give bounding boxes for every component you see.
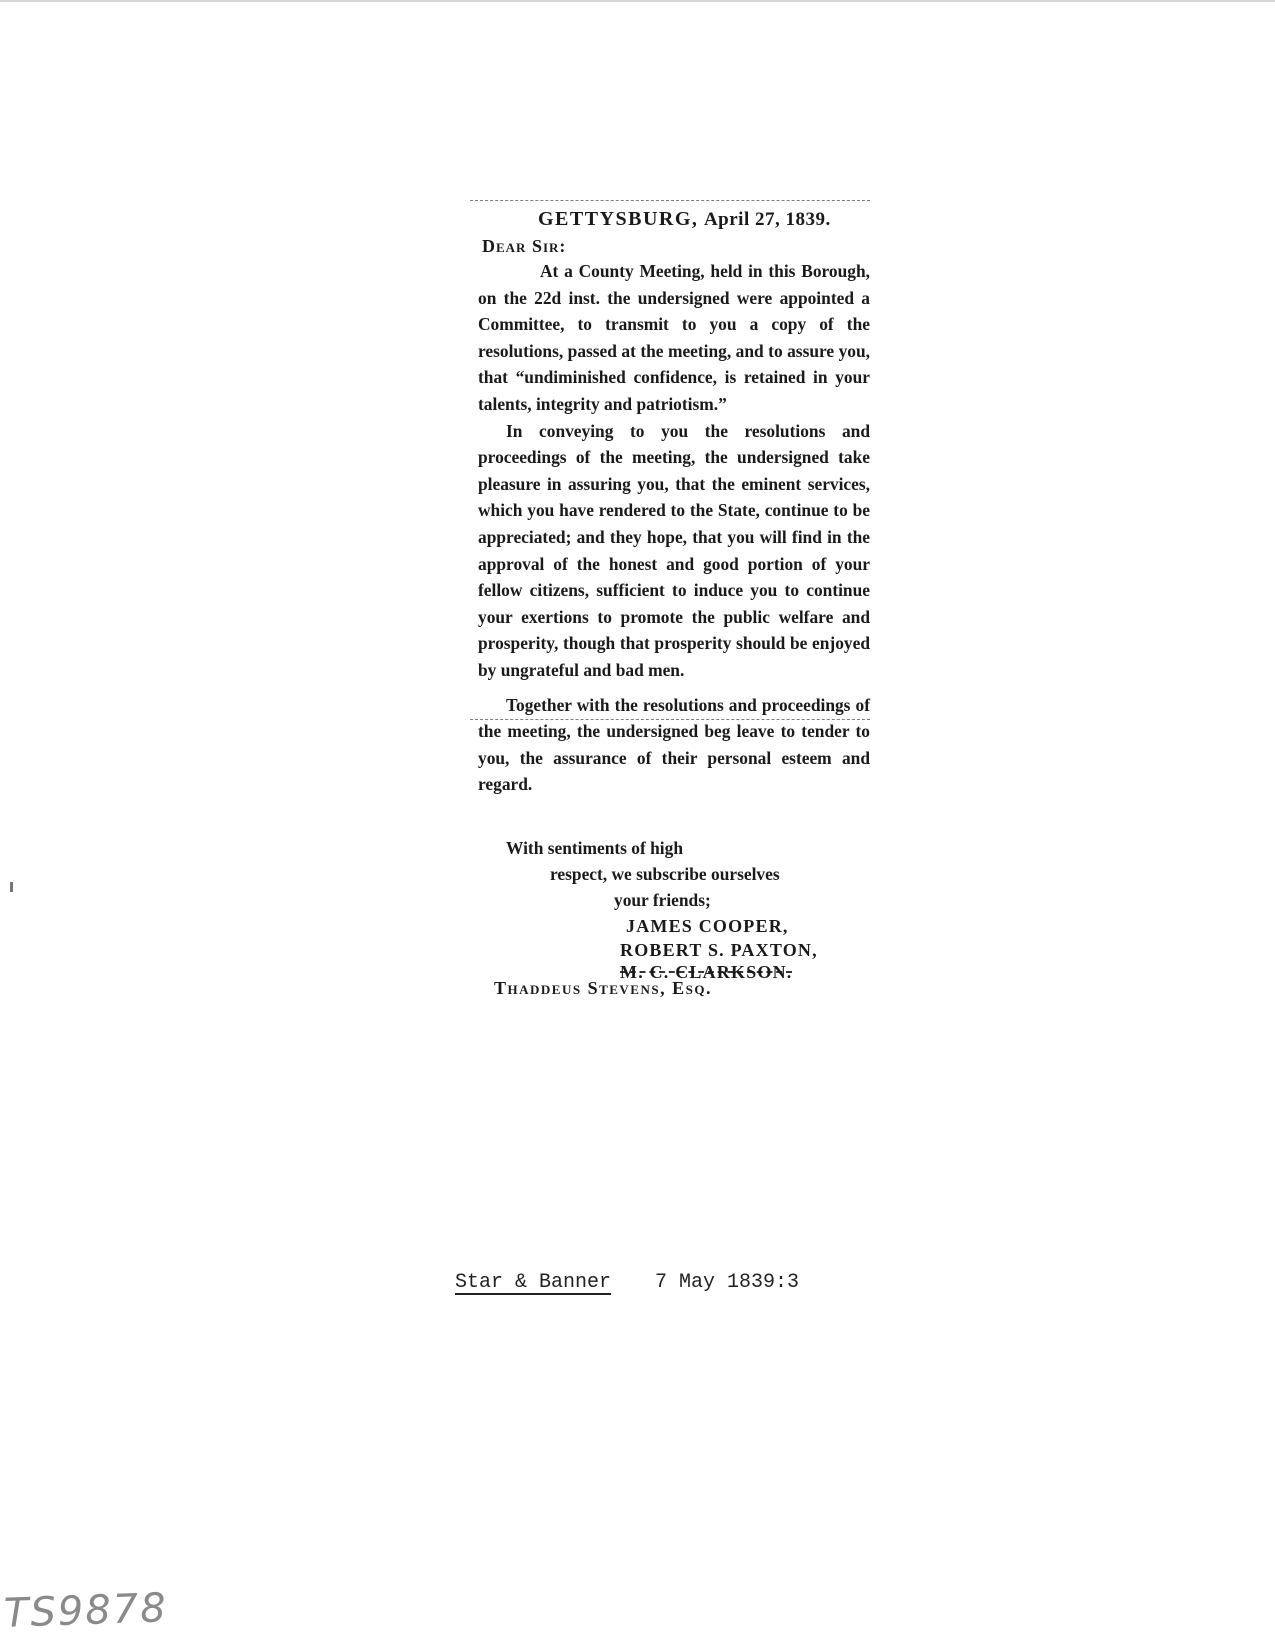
paragraph-1: At a County Meeting, held in this Boroug… bbox=[478, 258, 870, 418]
page-edge bbox=[0, 0, 1275, 2]
newspaper-clipping: GETTYSBURG, April 27, 1839. Dear Sir: At… bbox=[470, 196, 880, 1056]
closing-line-3: your friends; bbox=[614, 890, 711, 911]
publication-title: Star & Banner bbox=[455, 1271, 611, 1294]
dateline-place: GETTYSBURG, bbox=[538, 208, 698, 230]
closing-line-1: With sentiments of high bbox=[506, 838, 683, 859]
dateline: GETTYSBURG, April 27, 1839. bbox=[538, 208, 831, 231]
signature-1: JAMES COOPER, bbox=[626, 916, 789, 937]
section-rule bbox=[470, 719, 870, 720]
dateline-date: April 27, 1839. bbox=[704, 209, 831, 230]
signature-2: ROBERT S. PAXTON, bbox=[620, 940, 818, 961]
clipping-top-rule bbox=[470, 200, 870, 201]
source-citation: Star & Banner7 May 1839:3 bbox=[455, 1271, 799, 1294]
salutation: Dear Sir: bbox=[482, 236, 566, 257]
margin-mark bbox=[10, 882, 13, 892]
publication-date-page: 7 May 1839:3 bbox=[655, 1271, 799, 1294]
letter-body: At a County Meeting, held in this Boroug… bbox=[478, 258, 870, 798]
addressee: Thaddeus Stevens, Esq. bbox=[494, 978, 712, 999]
handwritten-archive-id: TS9878 bbox=[3, 1585, 168, 1637]
closing-line-2: respect, we subscribe ourselves bbox=[550, 864, 780, 885]
paragraph-2: In conveying to you the resolutions and … bbox=[478, 418, 870, 684]
paragraph-3: Together with the resolutions and procee… bbox=[478, 692, 870, 798]
